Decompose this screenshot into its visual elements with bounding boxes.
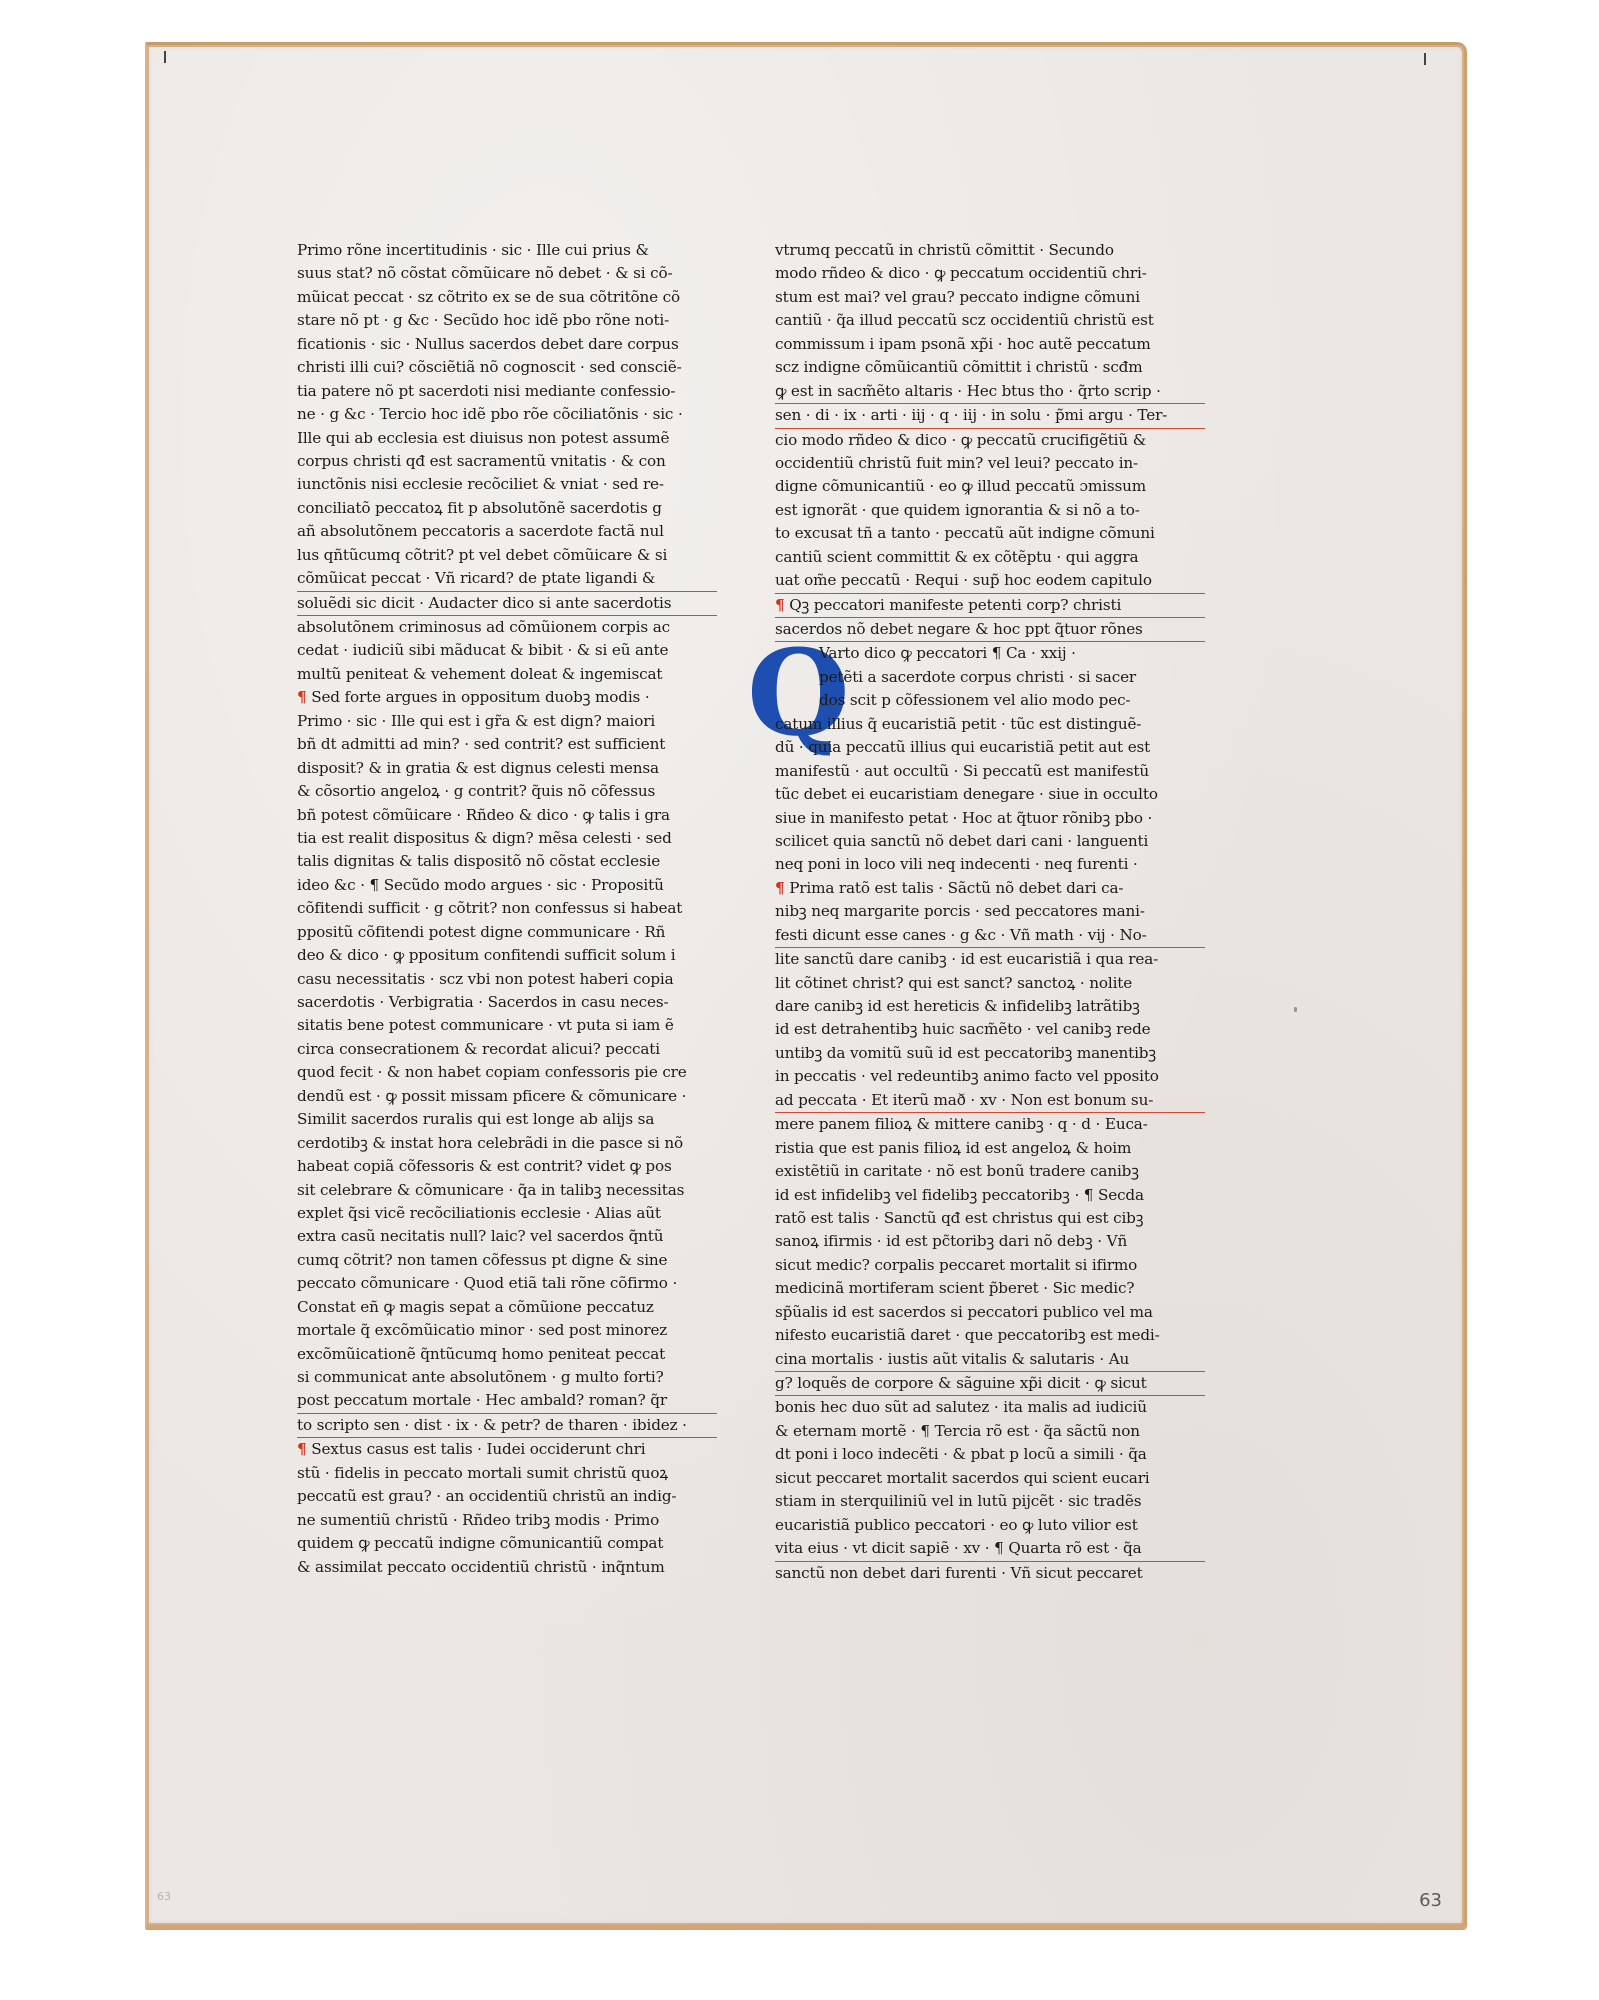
text-line: cerdotibꝫ & instat hora celebrãdi in die… xyxy=(297,1132,717,1155)
right-column: Q vtrumq peccatũ in christũ cõmittit · S… xyxy=(775,239,1205,1585)
text-line: festi dicunt esse canes · g &c · Vñ math… xyxy=(775,924,1205,948)
text-line: ad peccata · Et iterũ mað · xv · Non est… xyxy=(775,1089,1205,1113)
text-line: ¶ Sextus casus est talis · Iudei occider… xyxy=(297,1438,717,1461)
text-line: stare nõ pt · g &c · Secũdo hoc idẽ pbo … xyxy=(297,309,717,332)
text-line: ¶ Prima ratõ est talis · Sãctũ nõ debet … xyxy=(775,877,1205,900)
text-line: casu necessitatis · scz vbi non potest h… xyxy=(297,968,717,991)
text-line: cõfitendi sufficit · g cõtrit? non confe… xyxy=(297,897,717,920)
text-line: digne cõmunicantiũ · eo ꝙ illud peccatũ … xyxy=(775,475,1205,498)
margin-mark xyxy=(1424,53,1426,65)
text-line: cumq cõtrit? non tamen cõfessus pt digne… xyxy=(297,1249,717,1272)
text-line: sanctũ non debet dari furenti · Vñ sicut… xyxy=(775,1562,1205,1585)
text-line: soluẽdi sic dicit · Audacter dico si ant… xyxy=(297,592,717,616)
text-line: sacerdotis · Verbigratia · Sacerdos in c… xyxy=(297,991,717,1014)
text-line: suus stat? nõ cõstat cõmũicare nõ debet … xyxy=(297,262,717,285)
text-line: uat om̃e peccatũ · Requi · sup̃ hoc eode… xyxy=(775,569,1205,593)
manuscript-leaf: Primo rõne incertitudinis · sic · Ille c… xyxy=(145,42,1467,1930)
text-line: cantiũ scient committit & ex cõtẽptu · q… xyxy=(775,546,1205,569)
text-line: neq poni in loco vili neq indecenti · ne… xyxy=(775,853,1205,876)
text-line: sanoꝝ ifirmis · id est pc̃toribꝫ dari nõ… xyxy=(775,1230,1205,1253)
text-line: lus qñtũcumq cõtrit? pt vel debet cõmũic… xyxy=(297,544,717,567)
text-line: medicinã mortiferam scient p̃beret · Sic… xyxy=(775,1277,1205,1300)
pilcrow-icon: ¶ xyxy=(775,596,785,614)
text-line: vtrumq peccatũ in christũ cõmittit · Sec… xyxy=(775,239,1205,262)
text-line: dendũ est · ꝙ possit missam pficere & cõ… xyxy=(297,1085,717,1108)
text-line: corpus christi qđ est sacramentũ vnitati… xyxy=(297,450,717,473)
text-line: cio modo rñdeo & dico · ꝙ peccatũ crucif… xyxy=(775,429,1205,452)
text-line: quidem ꝙ peccatũ indigne cõmunicantiũ co… xyxy=(297,1532,717,1555)
text-line: sicut medic? corpalis peccaret mortalit … xyxy=(775,1254,1205,1277)
text-line: untibꝫ da vomitũ suũ id est peccatoribꝫ … xyxy=(775,1042,1205,1065)
text-line: conciliatõ peccatoꝝ fit p absolutõnẽ sac… xyxy=(297,497,717,520)
text-line: scilicet quia sanctũ nõ debet dari cani … xyxy=(775,830,1205,853)
text-line: nifesto eucaristiã daret · que peccatori… xyxy=(775,1324,1205,1347)
text-line: cantiũ · q̃a illud peccatũ scz occidenti… xyxy=(775,309,1205,332)
text-line: ristia que est panis filioꝝ id est angel… xyxy=(775,1137,1205,1160)
text-line: absolutõnem criminosus ad cõmũionem corp… xyxy=(297,616,717,639)
text-line: ¶ Qꝫ peccatori manifeste petenti corp? c… xyxy=(775,594,1205,618)
pencil-folio-faint: 63 xyxy=(157,1890,171,1903)
left-column: Primo rõne incertitudinis · sic · Ille c… xyxy=(297,239,717,1579)
text-line: to scripto sen · dist · ix · & petr? de … xyxy=(297,1414,717,1438)
text-line: sp̃ũalis id est sacerdos si peccatori pu… xyxy=(775,1301,1205,1324)
text-line: Primo rõne incertitudinis · sic · Ille c… xyxy=(297,239,717,262)
text-line: circa consecrationem & recordat alicui? … xyxy=(297,1038,717,1061)
text-line: mere panem filioꝝ & mittere canibꝫ · q ·… xyxy=(775,1113,1205,1136)
text-line: ne · g &c · Tercio hoc idẽ pbo rõe cõcil… xyxy=(297,403,717,426)
text-line: explet q̃si vicẽ recõciliationis ecclesi… xyxy=(297,1202,717,1225)
text-line: christi illi cui? cõsciẽtiã nõ cognoscit… xyxy=(297,356,717,379)
text-line: extra casũ necitatis null? laic? vel sac… xyxy=(297,1225,717,1248)
text-line: modo rñdeo & dico · ꝙ peccatum occidenti… xyxy=(775,262,1205,285)
pilcrow-icon: ¶ xyxy=(297,688,307,706)
text-line: Primo · sic · Ille qui est i gr̃a & est … xyxy=(297,710,717,733)
text-line: siue in manifesto petat · Hoc at q̃tuor … xyxy=(775,807,1205,830)
text-line: vita eius · vt dicit sapiẽ · xv · ¶ Quar… xyxy=(775,1537,1205,1561)
text-line: lite sanctũ dare canibꝫ · id est eucaris… xyxy=(775,948,1205,971)
text-line: talis dignitas & talis dispositõ nõ cõst… xyxy=(297,850,717,873)
text-line: sitatis bene potest communicare · vt put… xyxy=(297,1014,717,1037)
text-line: sit celebrare & cõmunicare · q̃a in tali… xyxy=(297,1179,717,1202)
text-line: manifestũ · aut occultũ · Si peccatũ est… xyxy=(775,760,1205,783)
text-line: & assimilat peccato occidentiũ christũ ·… xyxy=(297,1556,717,1579)
text-line: existẽtiũ in caritate · nõ est bonũ trad… xyxy=(775,1160,1205,1183)
pilcrow-icon: ¶ xyxy=(775,879,785,897)
text-line: dare canibꝫ id est hereticis & infidelib… xyxy=(775,995,1205,1018)
text-line: & eternam mortẽ · ¶ Tercia rõ est · q̃a … xyxy=(775,1420,1205,1443)
text-line: ratõ est talis · Sanctũ qđ est christus … xyxy=(775,1207,1205,1230)
text-line: ppositũ cõfitendi potest digne communica… xyxy=(297,921,717,944)
text-line: deo & dico · ꝙ ppositum confitendi suffi… xyxy=(297,944,717,967)
text-line: cina mortalis · iustis aũt vitalis & sal… xyxy=(775,1348,1205,1372)
text-line: cõmũicat peccat · Vñ ricard? de ptate li… xyxy=(297,567,717,591)
text-line: petẽti a sacerdote corpus christi · si s… xyxy=(775,666,1205,689)
text-line: id est detrahentibꝫ huic sacm̃ẽto · vel … xyxy=(775,1018,1205,1041)
text-line: in peccatis · vel redeuntibꝫ animo facto… xyxy=(775,1065,1205,1088)
text-line: disposit? & in gratia & est dignus celes… xyxy=(297,757,717,780)
text-line: nibꝫ neq margarite porcis · sed peccator… xyxy=(775,900,1205,923)
text-line: stiam in sterquiliniũ vel in lutũ pijcẽt… xyxy=(775,1490,1205,1513)
text-line: quod fecit · & non habet copiam confesso… xyxy=(297,1061,717,1084)
text-line: multũ peniteat & vehement doleat & ingem… xyxy=(297,663,717,686)
text-line: eucaristiã publico peccatori · eo ꝙ luto… xyxy=(775,1514,1205,1537)
text-line: habeat copiã cõfessoris & est contrit? v… xyxy=(297,1155,717,1178)
folio-number: 63 xyxy=(1419,1890,1442,1911)
text-line: Varto dico ꝙ peccatori ¶ Ca · xxij · xyxy=(775,642,1205,665)
text-line: Similit sacerdos ruralis qui est longe a… xyxy=(297,1108,717,1131)
text-line: dũ · quia peccatũ illius qui eucaristiã … xyxy=(775,736,1205,759)
text-line: dos scit p cõfessionem vel alio modo pec… xyxy=(775,689,1205,712)
text-line: iunctõnis nisi ecclesie recõciliet & vni… xyxy=(297,473,717,496)
text-line: id est infidelibꝫ vel fidelibꝫ peccatori… xyxy=(775,1184,1205,1207)
text-line: to excusat tñ a tanto · peccatũ aũt indi… xyxy=(775,522,1205,545)
text-line: ideo &c · ¶ Secũdo modo argues · sic · P… xyxy=(297,874,717,897)
text-line: sicut peccaret mortalit sacerdos qui sci… xyxy=(775,1467,1205,1490)
text-line: scz indigne cõmũicantiũ cõmittit i chris… xyxy=(775,356,1205,379)
text-line: ne sumentiũ christũ · Rñdeo tribꝫ modis … xyxy=(297,1509,717,1532)
text-line: g? loquẽs de corpore & sãguine xp̃i dici… xyxy=(775,1372,1205,1396)
text-line: bonis hec duo sũt ad salutez · ita malis… xyxy=(775,1396,1205,1419)
text-line: commissum i ipam psonã xp̃i · hoc autẽ p… xyxy=(775,333,1205,356)
text-line: Ille qui ab ecclesia est diuisus non pot… xyxy=(297,427,717,450)
text-line: sen · di · ix · arti · iij · q · iij · i… xyxy=(775,404,1205,428)
text-line: bñ dt admitti ad min? · sed contrit? est… xyxy=(297,733,717,756)
text-line: & cõsortio angeloꝝ · g contrit? q̃uis nõ… xyxy=(297,780,717,803)
text-line: cedat · iudiciũ sibi mãducat & bibit · &… xyxy=(297,639,717,662)
text-line: ¶ Sed forte argues in oppositum duobꝫ mo… xyxy=(297,686,717,709)
text-line: tia est realit dispositus & dign? mẽsa c… xyxy=(297,827,717,850)
text-line: stum est mai? vel grau? peccato indigne … xyxy=(775,286,1205,309)
text-line: excõmũicationẽ q̃ntũcumq homo peniteat p… xyxy=(297,1343,717,1366)
text-line: lit cõtinet christ? qui est sanct? sanct… xyxy=(775,972,1205,995)
text-line: añ absolutõnem peccatoris a sacerdote fa… xyxy=(297,520,717,543)
text-line: mũicat peccat · sz cõtrito ex se de sua … xyxy=(297,286,717,309)
text-line: est ignorãt · que quidem ignorantia & si… xyxy=(775,499,1205,522)
text-line: stũ · fidelis in peccato mortali sumit c… xyxy=(297,1462,717,1485)
text-line: sacerdos nõ debet negare & hoc ppt q̃tuo… xyxy=(775,618,1205,642)
text-line: si communicat ante absolutõnem · g multo… xyxy=(297,1366,717,1389)
text-line: peccatũ est grau? · an occidentiũ christ… xyxy=(297,1485,717,1508)
text-line: tia patere nõ pt sacerdoti nisi mediante… xyxy=(297,380,717,403)
text-line: ficationis · sic · Nullus sacerdos debet… xyxy=(297,333,717,356)
text-line: peccato cõmunicare · Quod etiã tali rõne… xyxy=(297,1272,717,1295)
text-line: dt poni i loco indecẽti · & pbat p locũ … xyxy=(775,1443,1205,1466)
text-line: ꝙ est in sacm̃ẽto altaris · Hec btus tho… xyxy=(775,380,1205,404)
pilcrow-icon: ¶ xyxy=(297,1440,307,1458)
text-line: Constat eñ ꝙ magis sepat a cõmũione pecc… xyxy=(297,1296,717,1319)
text-line: tũc debet ei eucaristiam denegare · siue… xyxy=(775,783,1205,806)
text-line: bñ potest cõmũicare · Rñdeo & dico · ꝙ t… xyxy=(297,804,717,827)
text-line: mortale q̃ excõmũicatio minor · sed post… xyxy=(297,1319,717,1342)
paper-speck xyxy=(1294,1007,1297,1012)
text-line: catum illius q̃ eucaristiã petit · tũc e… xyxy=(775,713,1205,736)
text-line: occidentiũ christũ fuit min? vel leui? p… xyxy=(775,452,1205,475)
text-line: post peccatum mortale · Hec ambald? roma… xyxy=(297,1389,717,1413)
margin-mark xyxy=(164,51,166,63)
